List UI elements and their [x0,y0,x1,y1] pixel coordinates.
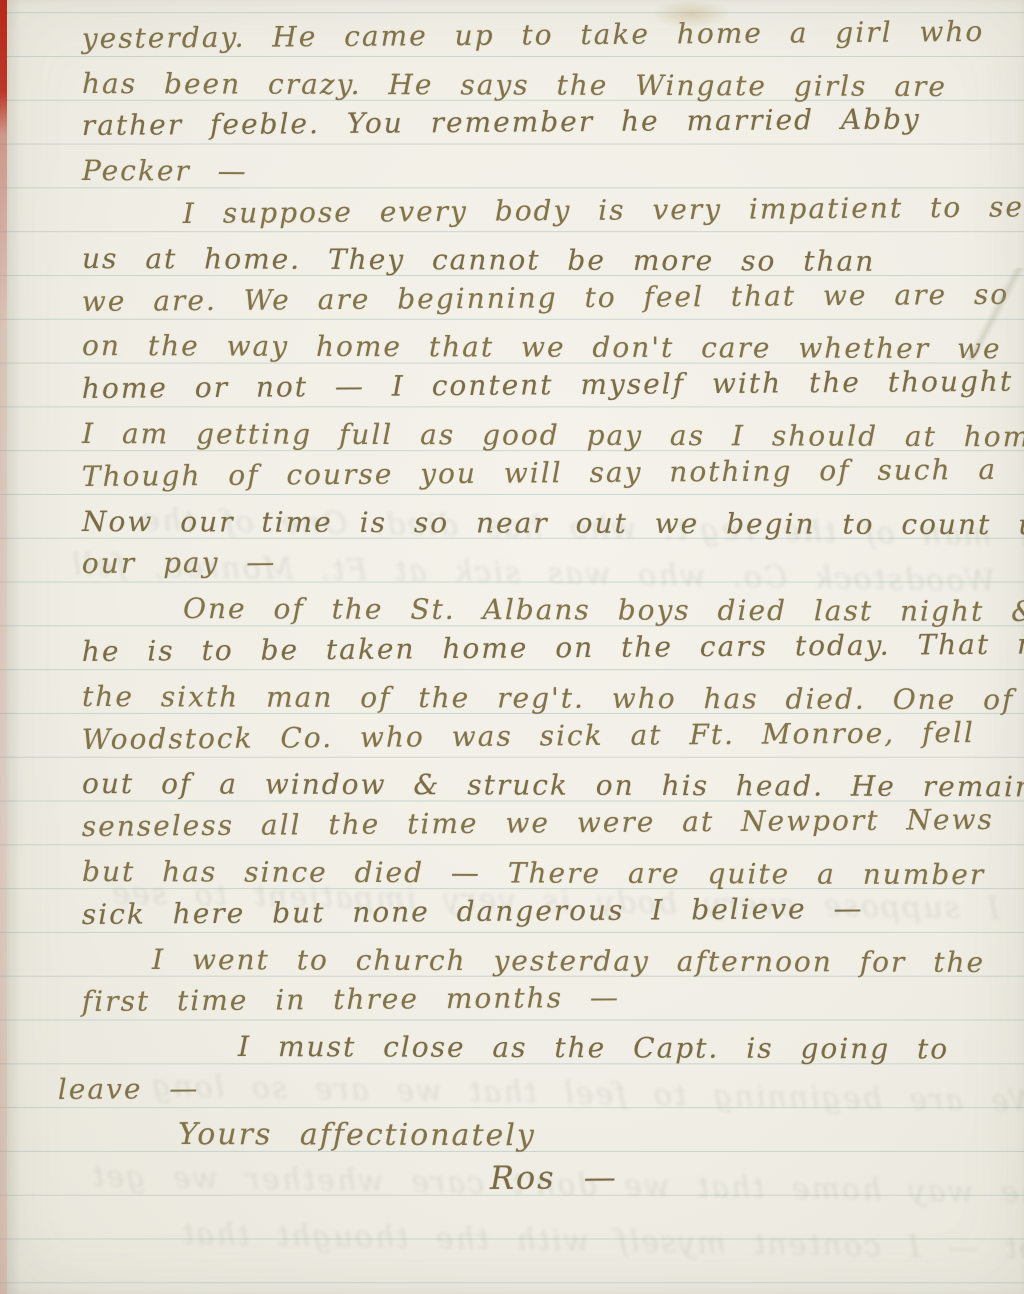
letter-line: but has since died — There are quite a n… [0,845,1024,889]
letter-line-text: our pay — [82,546,277,582]
letter-line: has been crazy. He says the Wingate girl… [0,57,1024,101]
letter-line: he is to be taken home on the cars today… [0,626,1024,670]
letter-line: home or not — I content myself with the … [0,363,1024,407]
letter-line-text: rather feeble. You remember he married A… [82,103,921,144]
letter-line-text: Though of course you will say nothing of… [82,451,1024,494]
letter-line-text: One of the St. Albans boys died last nig… [183,592,1024,629]
paper-crease [966,268,1024,360]
letter-line-text: Woodstock Co. who was sick at Ft. Monroe… [82,716,975,757]
letter-page: the sixth man of the reg't. who has died… [0,0,1024,1294]
letter-line: our pay — [0,539,1024,583]
letter-line: I am getting full as good pay as I shoul… [0,407,1024,451]
letter-line: Pecker — [0,144,1024,188]
letter-line-text: the sixth man of the reg't. who has died… [82,680,1024,718]
letter-line-text: Pecker — [82,154,248,189]
letter-line: I went to church yesterday afternoon for… [0,933,1024,977]
letter-line-text: first time in three months — [82,981,620,1019]
letter-line-text: I must close as the Capt. is going to [238,1030,949,1066]
signature-text: Ros — [490,1160,618,1195]
letter-line: I must close as the Capt. is going to [0,1020,1024,1064]
closing-text: Yours affectionately [178,1118,536,1153]
letter-line-text: out of a window & struck on his head. He… [82,767,1024,804]
closing-line: Yours affectionately [0,1108,1024,1152]
letter-line-text: has been crazy. He says the Wingate girl… [82,67,947,104]
letter-line-text: I went to church yesterday afternoon for… [152,943,985,980]
letter-line-text: Now our time is so near out we begin to … [82,505,1024,542]
letter-line: leave — [0,1064,1024,1108]
letter-line: the sixth man of the reg't. who has died… [0,670,1024,714]
letter-line-text: senseless all the time we were at Newpor… [82,803,994,844]
letter-line: yesterday. He came up to take home a gir… [0,13,1024,57]
letter-line-text: I am getting full as good pay as I shoul… [82,417,1024,454]
letter-line-text: home or not — I content myself with the … [82,364,1024,406]
letter-line-text: on the way home that we don't care wheth… [82,329,1024,366]
letter-line-text: us at home. They cannot be more so than [82,242,875,279]
letter-line: out of a window & struck on his head. He… [0,758,1024,802]
letter-line: senseless all the time we were at Newpor… [0,801,1024,845]
letter-line: on the way home that we don't care wheth… [0,320,1024,364]
signature-line: Ros — [0,1152,1024,1196]
letter-line: I suppose every body is very impatient t… [0,188,1024,232]
binding-edge [0,0,7,1294]
letter-line-text: yesterday. He came up to take home a gir… [82,15,985,56]
letter-line: Now our time is so near out we begin to … [0,495,1024,539]
letter-line: Woodstock Co. who was sick at Ft. Monroe… [0,714,1024,758]
letter-line-text: but has since died — There are quite a n… [82,855,985,892]
letter-line-text: we are. We are beginning to feel that we… [82,277,1024,319]
letter-line: we are. We are beginning to feel that we… [0,276,1024,320]
letter-line: first time in three months — [0,977,1024,1021]
letter-body: yesterday. He came up to take home a gir… [0,13,1024,1196]
letter-line-text: sick here but none dangerous I believe — [82,892,864,932]
letter-line: us at home. They cannot be more so than [0,232,1024,276]
letter-line-text: he is to be taken home on the cars today… [82,627,1024,669]
letter-line: Though of course you will say nothing of… [0,451,1024,495]
letter-line-text: leave — [58,1072,200,1107]
letter-line: One of the St. Albans boys died last nig… [0,582,1024,626]
letter-line: rather feeble. You remember he married A… [0,101,1024,145]
paper-stain [652,0,730,28]
binding-edge-shadow [7,0,21,1294]
letter-line: sick here but none dangerous I believe — [0,889,1024,933]
letter-line-text: I suppose every body is very impatient t… [183,190,1024,231]
